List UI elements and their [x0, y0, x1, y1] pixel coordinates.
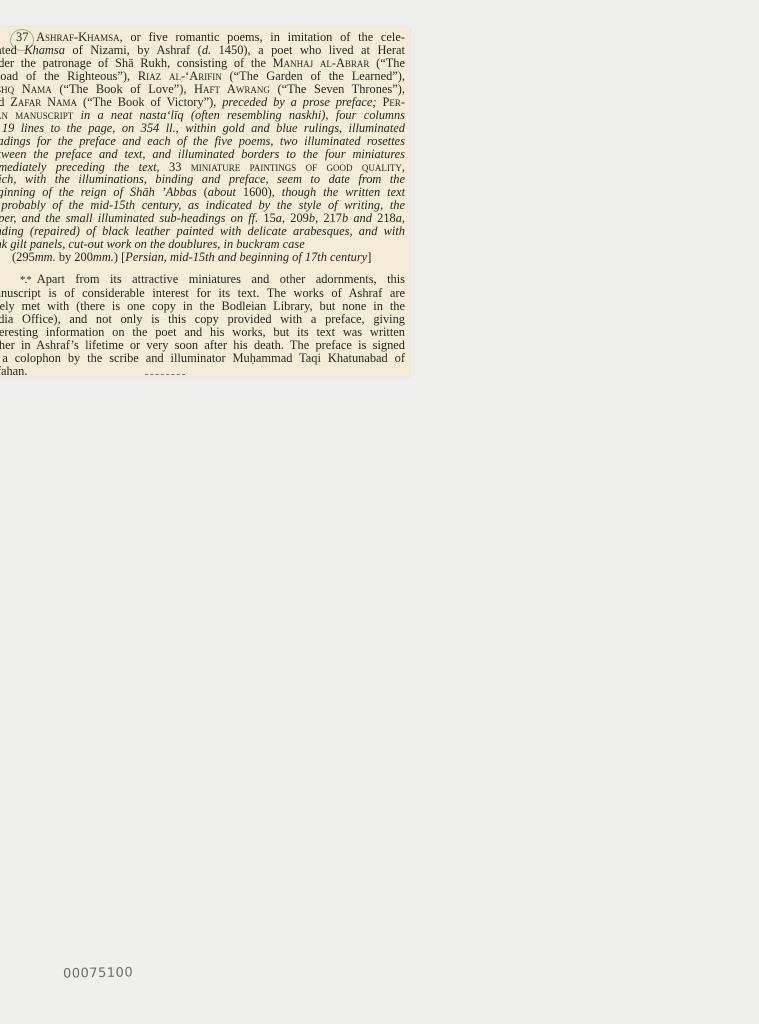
- text-run: nd: [0, 95, 10, 109]
- italic-text: in a neat nasta‘līq (often resembling na…: [73, 108, 405, 122]
- small-caps-title: Per-: [382, 95, 405, 109]
- entry-line: (295mm. by 200mm.) [Persian, mid-15th an…: [0, 251, 405, 264]
- note-text: i a colophon by the scribe and illuminat…: [0, 351, 405, 365]
- text-run: ) [: [114, 250, 125, 264]
- italic-text: hich, with the illuminations, binding an…: [0, 172, 405, 186]
- small-caps-title: Ashraf-Khamsa: [36, 30, 120, 44]
- text-run: , or five romantic poems, in imitation o…: [120, 30, 405, 44]
- text-run: 1600),: [236, 185, 282, 199]
- text-run: 1450), a poet who lived at Herat: [211, 43, 405, 57]
- note-text: sfahan.: [0, 364, 27, 377]
- handwritten-inventory-number: 00075100: [63, 965, 133, 981]
- text-run: ]: [367, 250, 371, 264]
- lot-number: 37: [0, 30, 36, 44]
- italic-text: Khamsa: [24, 43, 65, 57]
- italic-text: mm.: [93, 250, 114, 264]
- note-text: irely met with (there is one copy in the…: [0, 299, 405, 313]
- note-line: sfahan.: [0, 365, 405, 377]
- italic-text: ink gilt panels, cut-out work on the dou…: [0, 237, 305, 251]
- italic-text: about: [208, 185, 236, 199]
- catalogue-clipping: 37 Ashraf-Khamsa, or five romantic poems…: [0, 27, 410, 377]
- small-caps-title: Ishq Nama: [0, 82, 52, 96]
- small-caps-title: Riaz al-‘Arifin: [138, 69, 222, 83]
- small-caps-title: miniature paintings of good quality,: [191, 160, 405, 174]
- italic-text: ' probably of the mid-15th century, as i…: [0, 198, 405, 212]
- note-text: ndia Office), and not only is this copy …: [0, 312, 405, 326]
- text-run: rated: [0, 43, 24, 57]
- text-run: (“The Book of Love”),: [52, 82, 194, 96]
- text-run: (295: [12, 250, 35, 264]
- italic-text: inding (repaired) of black leather paint…: [0, 224, 405, 238]
- text-run: , 217: [315, 211, 342, 225]
- text-run: Road of the Righteous”),: [0, 69, 138, 83]
- italic-text: etween the preface and text, and illumin…: [0, 147, 405, 161]
- note-text: ither in Ashraf’s lifetime or very soon …: [0, 338, 405, 352]
- text-run: by 200: [56, 250, 93, 264]
- italic-text: eginning of the reign of Shāh ’Abbas: [0, 185, 204, 199]
- text-run: , 209: [282, 211, 309, 225]
- italic-text: though the written text: [282, 185, 405, 199]
- note-text: Apart from its attractive miniatures and…: [37, 272, 405, 286]
- text-run: (“The Garden of the Learned”),: [222, 69, 405, 83]
- printed-rule-fragment: [145, 374, 185, 376]
- italic-text: d.: [202, 43, 211, 57]
- italic-text: preceded by a prose preface;: [222, 95, 376, 109]
- small-caps-title: Manhaj al-Abrar: [273, 56, 370, 70]
- text-run: 218: [377, 211, 396, 225]
- italic-text: nmediately preceding the text,: [0, 160, 169, 174]
- small-caps-title: Zafar Nama: [10, 95, 77, 109]
- note-line: *.*Apart from its attractive miniatures …: [0, 273, 405, 287]
- text-run: (“The: [369, 56, 405, 70]
- note-line: i a colophon by the scribe and illuminat…: [0, 352, 405, 365]
- text-run: (“The Book of Victory”),: [77, 95, 222, 109]
- text-run: (“The Seven Thrones”),: [270, 82, 405, 96]
- italic-text: mm.: [35, 250, 56, 264]
- text-run: 33: [169, 160, 191, 174]
- note-text: ianuscript is of considerable interest f…: [0, 286, 405, 300]
- italic-text: aper, and the small illuminated sub-head…: [0, 211, 263, 225]
- text-run: 15: [263, 211, 275, 225]
- italic-text: a,: [396, 211, 405, 225]
- text-run: of Nizami, by Ashraf (: [65, 43, 202, 57]
- italic-text: Persian, mid-15th and beginning of 17th …: [125, 250, 367, 264]
- italic-text: eadings for the preface and each of the …: [0, 134, 405, 148]
- text-run: nder the patronage of Shā Rukh, consisti…: [0, 56, 273, 70]
- small-caps-title: Haft Awrang: [194, 82, 270, 96]
- italic-text: and: [348, 211, 377, 225]
- note-text: iteresting information on the poet and h…: [0, 325, 405, 339]
- italic-text: f 19 lines to the page, on 354 ll., with…: [0, 121, 405, 135]
- catalogue-entry: 37 Ashraf-Khamsa, or five romantic poems…: [0, 31, 405, 377]
- small-caps-title: ian manuscript: [0, 108, 73, 122]
